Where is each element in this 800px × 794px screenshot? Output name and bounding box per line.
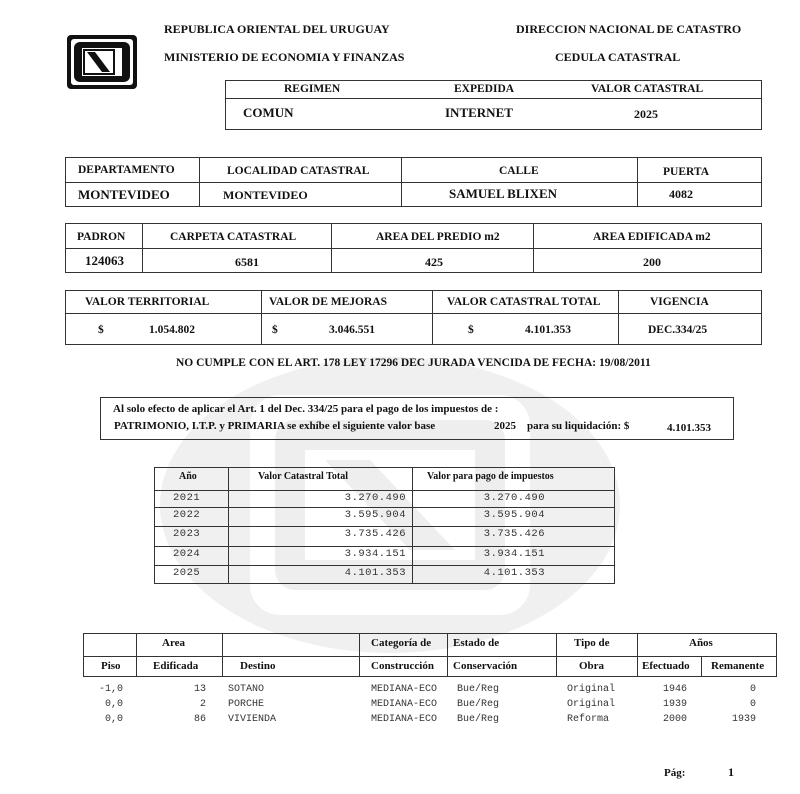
header-area: Area — [162, 637, 185, 649]
construction-cell: 0,0 — [105, 699, 123, 710]
construction-cell: MEDIANA-ECO — [371, 714, 437, 725]
area-edificada-header: AREA EDIFICADA m2 — [593, 231, 711, 243]
construction-cell: 1939 — [732, 714, 756, 725]
history-cell: 3.934.151 — [345, 548, 406, 560]
header-construccion: Construcción — [371, 660, 434, 672]
construction-cell: SOTANO — [228, 684, 264, 695]
notice-amount: 4.101.353 — [667, 422, 711, 434]
construction-cell: Bue/Reg — [457, 714, 499, 725]
notice-line-2b: para su liquidación: $ — [527, 420, 629, 432]
notice-year: 2025 — [494, 420, 516, 432]
header-obra: Obra — [579, 660, 604, 672]
header-efectuado: Efectuado — [642, 660, 690, 672]
construction-cell: MEDIANA-ECO — [371, 684, 437, 695]
history-cell: 2024 — [173, 548, 200, 560]
valor-catastral-total-value: 4.101.353 — [525, 324, 571, 336]
page-label: Pág: — [664, 767, 685, 779]
localidad-value: MONTEVIDEO — [223, 188, 308, 203]
notice-line-1: Al solo efecto de aplicar el Art. 1 del … — [113, 403, 498, 415]
currency-symbol: $ — [468, 324, 474, 336]
history-cell: 3.595.904 — [345, 509, 406, 521]
catastro-logo-icon — [66, 34, 138, 90]
header-edificada: Edificada — [153, 660, 198, 672]
history-header-impuestos: Valor para pago de impuestos — [427, 471, 554, 482]
valor-territorial-value: 1.054.802 — [149, 324, 195, 336]
history-cell: 2022 — [173, 509, 200, 521]
valor-box: VALOR TERRITORIAL VALOR DE MEJORAS VALOR… — [65, 290, 762, 345]
construction-cell: Bue/Reg — [457, 684, 499, 695]
valor-mejoras-header: VALOR DE MEJORAS — [269, 296, 387, 308]
header-conservacion: Conservación — [453, 660, 517, 672]
expedida-header: EXPEDIDA — [454, 83, 514, 95]
header-remanente: Remanente — [711, 660, 764, 672]
history-cell: 3.934.151 — [484, 548, 545, 560]
history-cell: 4.101.353 — [345, 567, 406, 579]
history-cell: 2021 — [173, 492, 200, 504]
carpeta-header: CARPETA CATASTRAL — [170, 231, 296, 243]
expedida-value: INTERNET — [445, 105, 513, 121]
construction-cell: Reforma — [567, 714, 609, 725]
calle-value: SAMUEL BLIXEN — [449, 186, 557, 202]
currency-symbol: $ — [272, 324, 278, 336]
header-destino: Destino — [240, 660, 275, 672]
construction-table-header: Area Categoría de Estado de Tipo de Años… — [83, 633, 777, 677]
padron-value: 124063 — [85, 253, 124, 269]
valor-catastral-year: 2025 — [634, 107, 658, 122]
construction-cell: PORCHE — [228, 699, 264, 710]
table-row: -1,013SOTANOMEDIANA-ECOBue/RegOriginal19… — [83, 684, 777, 699]
vigencia-value: DEC.334/25 — [648, 324, 707, 336]
construction-cell: Original — [567, 699, 615, 710]
construction-cell: Original — [567, 684, 615, 695]
table-row: 0,086VIVIENDAMEDIANA-ECOBue/RegReforma20… — [83, 714, 777, 729]
localidad-header: LOCALIDAD CATASTRAL — [227, 165, 369, 177]
construction-cell: 1939 — [663, 699, 687, 710]
construction-cell: 0 — [750, 699, 756, 710]
construction-cell: 1946 — [663, 684, 687, 695]
history-cell: 4.101.353 — [484, 567, 545, 579]
history-header-valor: Valor Catastral Total — [258, 471, 348, 482]
direction-title: DIRECCION NACIONAL DE CATASTRO — [516, 22, 741, 37]
valor-catastral-header: VALOR CATASTRAL — [591, 83, 703, 95]
construction-cell: 2000 — [663, 714, 687, 725]
header-estado: Estado de — [453, 637, 499, 649]
regimen-header: REGIMEN — [284, 83, 340, 95]
construction-cell: 13 — [194, 684, 206, 695]
header-categoria: Categoría de — [371, 637, 431, 649]
notice-box: Al solo efecto de aplicar el Art. 1 del … — [100, 397, 734, 440]
header-tipo: Tipo de — [574, 637, 610, 649]
republic-title: REPUBLICA ORIENTAL DEL URUGUAY — [164, 22, 390, 37]
construction-cell: -1,0 — [99, 684, 123, 695]
document-title: CEDULA CATASTRAL — [555, 50, 680, 65]
header-anos: Años — [689, 637, 713, 649]
history-cell: 2023 — [173, 528, 200, 540]
table-row: 0,02PORCHEMEDIANA-ECOBue/RegOriginal1939… — [83, 699, 777, 714]
puerta-header: PUERTA — [663, 166, 709, 178]
currency-symbol: $ — [98, 324, 104, 336]
compliance-warning: NO CUMPLE CON EL ART. 178 LEY 17296 DEC … — [176, 357, 651, 369]
construction-cell: 86 — [194, 714, 206, 725]
valor-mejoras-value: 3.046.551 — [329, 324, 375, 336]
departamento-value: MONTEVIDEO — [78, 187, 170, 203]
area-predio-header: AREA DEL PREDIO m2 — [376, 231, 500, 243]
history-cell: 3.270.490 — [345, 492, 406, 504]
padron-header: PADRON — [77, 231, 125, 243]
calle-header: CALLE — [499, 165, 539, 177]
construction-cell: 0 — [750, 684, 756, 695]
padron-box: PADRON CARPETA CATASTRAL AREA DEL PREDIO… — [65, 223, 762, 273]
vigencia-header: VIGENCIA — [650, 296, 709, 308]
area-edificada-value: 200 — [643, 255, 661, 270]
page-number: 1 — [728, 765, 734, 780]
history-cell: 3.270.490 — [484, 492, 545, 504]
regimen-value: COMUN — [243, 105, 294, 121]
regimen-box: REGIMEN EXPEDIDA VALOR CATASTRAL COMUN I… — [225, 80, 762, 130]
construction-cell: 0,0 — [105, 714, 123, 725]
history-table: Año Valor Catastral Total Valor para pag… — [154, 467, 615, 584]
history-cell: 3.735.426 — [345, 528, 406, 540]
construction-cell: 2 — [200, 699, 206, 710]
departamento-header: DEPARTAMENTO — [78, 164, 175, 176]
location-box: DEPARTAMENTO LOCALIDAD CATASTRAL CALLE P… — [65, 157, 762, 207]
carpeta-value: 6581 — [235, 255, 259, 270]
history-cell: 3.595.904 — [484, 509, 545, 521]
construction-cell: Bue/Reg — [457, 699, 499, 710]
ministry-title: MINISTERIO DE ECONOMIA Y FINANZAS — [164, 50, 404, 65]
area-predio-value: 425 — [425, 255, 443, 270]
construction-cell: MEDIANA-ECO — [371, 699, 437, 710]
notice-line-2a: PATRIMONIO, I.T.P. y PRIMARIA se exhíbe … — [114, 420, 435, 432]
puerta-value: 4082 — [669, 187, 693, 202]
header-piso: Piso — [101, 660, 121, 672]
history-header-year: Año — [179, 471, 197, 482]
valor-catastral-total-header: VALOR CATASTRAL TOTAL — [447, 296, 600, 308]
history-cell: 2025 — [173, 567, 200, 579]
construction-cell: VIVIENDA — [228, 714, 276, 725]
history-cell: 3.735.426 — [484, 528, 545, 540]
valor-territorial-header: VALOR TERRITORIAL — [85, 296, 209, 308]
